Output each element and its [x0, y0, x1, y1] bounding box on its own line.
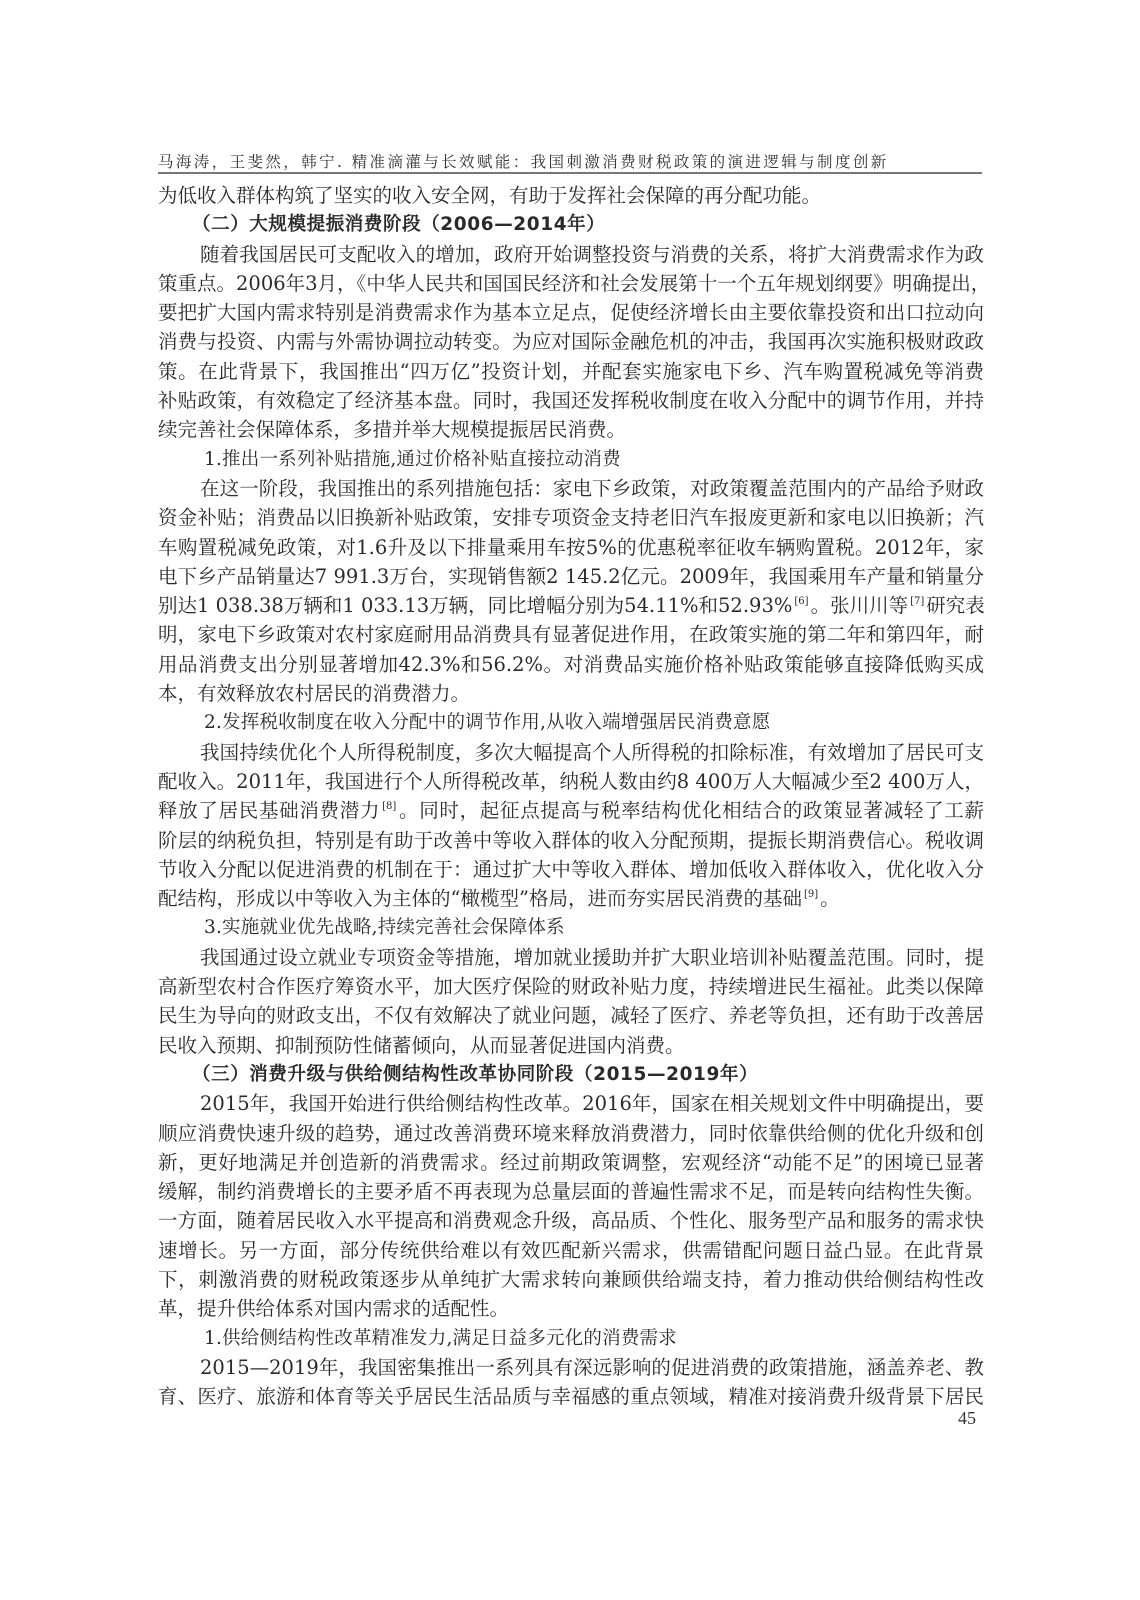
paragraph-line: 2015—2019年，我国密集推出一系列具有深远影响的促进消费的政策措施，涵盖养…	[158, 1353, 984, 1382]
paragraph-line: 在这一阶段，我国推出的系列措施包括：家电下乡政策，对政策覆盖范围内的产品给予财政	[158, 474, 984, 503]
line-text: 育、医疗、旅游和体育等关乎居民生活品质与幸福感的重点领域，精准对接消费升级背景下…	[158, 1385, 984, 1408]
line-text: 研究表	[926, 594, 985, 617]
subsection-heading: 1.供给侧结构性改革精准发力,满足日益多元化的消费需求	[158, 1324, 984, 1353]
line-text: 策。在此背景下，我国推出“四万亿”投资计划，并配套实施家电下乡、汽车购置税减免等…	[158, 360, 984, 383]
line-text: 策重点。2006年3月，《中华人民共和国国民经济和社会发展第十一个五年规划纲要》…	[158, 272, 990, 295]
line-text: 要把扩大国内需求特别是消费需求作为基本立足点，促使经济增长由主要依靠投资和出口拉…	[158, 301, 984, 324]
paragraph-line: 消费与投资、内需与外需协调拉动转变。为应对国际金融危机的冲击，我国再次实施积极财…	[158, 327, 984, 356]
paragraph-line: 阶层的纳税负担，特别是有助于改善中等收入群体的收入分配预期，提振长期消费信心。税…	[158, 826, 984, 855]
section-heading: （三）消费升级与供给侧结构性改革协同阶段（2015—2019年）	[158, 1060, 984, 1089]
paragraph-line: 策重点。2006年3月，《中华人民共和国国民经济和社会发展第十一个五年规划纲要》…	[158, 269, 984, 298]
line-text: 民生为导向的财政支出，不仅有效解决了就业问题，减轻了医疗、养老等负担，还有助于改…	[158, 1004, 984, 1027]
page-number: 45	[958, 1408, 976, 1429]
paragraph-line: 速增长。另一方面，部分传统供给难以有效匹配新兴需求，供需错配问题日益凸显。在此背…	[158, 1236, 984, 1265]
citation-ref[interactable]: [9]	[804, 889, 818, 900]
line-text: 1.供给侧结构性改革精准发力,满足日益多元化的消费需求	[204, 1328, 677, 1349]
paragraph-line: 释放了居民基础消费潜力[8]。同时，起征点提高与税率结构优化相结合的政策显著减轻…	[158, 796, 984, 825]
line-text: 节收入分配以促进消费的机制在于：通过扩大中等收入群体、增加低收入群体收入，优化收…	[158, 858, 984, 881]
citation-ref[interactable]: [6]	[794, 596, 808, 607]
section-heading: （二）大规模提振消费阶段（2006—2014年）	[158, 210, 984, 239]
line-text: 补贴政策，有效稳定了经济基本盘。同时，我国还发挥税收制度在收入分配中的调节作用，…	[158, 389, 984, 412]
line-text: 新，更好地满足并创造新的消费需求。经过前期政策调整，宏观经济“动能不足”的困境已…	[158, 1151, 984, 1174]
line-text: 配结构，形成以中等收入为主体的“橄榄型”格局，进而夯实居民消费的基础	[158, 887, 802, 910]
paragraph-line: 一方面，随着居民收入水平提高和消费观念升级，高品质、个性化、服务型产品和服务的需…	[158, 1206, 984, 1235]
subsection-heading: 2.发挥税收制度在收入分配中的调节作用,从收入端增强居民消费意愿	[158, 708, 984, 737]
paragraph-line: 民生为导向的财政支出，不仅有效解决了就业问题，减轻了医疗、养老等负担，还有助于改…	[158, 1001, 984, 1030]
line-text: 民收入预期、抑制预防性储蓄倾向，从而显著促进国内消费。	[158, 1034, 685, 1057]
line-text: 2015年，我国开始进行供给侧结构性改革。2016年，国家在相关规划文件中明确提…	[200, 1092, 984, 1115]
subsection-heading: 3.实施就业优先战略,持续完善社会保障体系	[158, 913, 984, 942]
line-text: 我国通过设立就业专项资金等措施，增加就业援助并扩大职业培训补贴覆盖范围。同时，提	[200, 946, 984, 969]
paragraph-line: 节收入分配以促进消费的机制在于：通过扩大中等收入群体、增加低收入群体收入，优化收…	[158, 855, 984, 884]
paragraph-line: 配结构，形成以中等收入为主体的“橄榄型”格局，进而夯实居民消费的基础[9]。	[158, 884, 984, 913]
line-text: 续完善社会保障体系，多措并举大规模提振居民消费。	[158, 418, 626, 441]
header-rule	[158, 172, 982, 174]
paragraph-line: 高新型农村合作医疗筹资水平，加大医疗保险的财政补贴力度，持续增进民生福祉。此类以…	[158, 972, 984, 1001]
paragraph-line: 要把扩大国内需求特别是消费需求作为基本立足点，促使经济增长由主要依靠投资和出口拉…	[158, 298, 984, 327]
line-text: 2015—2019年，我国密集推出一系列具有深远影响的促进消费的政策措施，涵盖养…	[200, 1356, 984, 1379]
paragraph-line: 新，更好地满足并创造新的消费需求。经过前期政策调整，宏观经济“动能不足”的困境已…	[158, 1148, 984, 1177]
line-text: 高新型农村合作医疗筹资水平，加大医疗保险的财政补贴力度，持续增进民生福祉。此类以…	[158, 975, 984, 998]
line-text: 电下乡产品销量达7 991.3万台，实现销售额2 145.2亿元。2009年，我…	[158, 565, 984, 588]
paragraph-line: 用品消费支出分别显著增加42.3%和56.2%。对消费品实施价格补贴政策能够直接…	[158, 650, 984, 679]
line-text: 2.发挥税收制度在收入分配中的调节作用,从收入端增强居民消费意愿	[204, 712, 770, 733]
subsection-heading: 1.推出一系列补贴措施,通过价格补贴直接拉动消费	[158, 445, 984, 474]
line-text: 车购置税减免政策，对1.6升及以下排量乘用车按5%的优惠税率征收车辆购置税。20…	[158, 536, 984, 559]
line-text: 3.实施就业优先战略,持续完善社会保障体系	[204, 917, 565, 938]
paragraph-line: 革，提升供给体系对国内需求的适配性。	[158, 1294, 984, 1323]
line-text: 阶层的纳税负担，特别是有助于改善中等收入群体的收入分配预期，提振长期消费信心。税…	[158, 829, 984, 852]
line-text: 我国持续优化个人所得税制度，多次大幅提高个人所得税的扣除标准，有效增加了居民可支	[200, 741, 984, 764]
paragraph-line: 民收入预期、抑制预防性储蓄倾向，从而显著促进国内消费。	[158, 1031, 984, 1060]
line-text: 顺应消费快速升级的趋势，通过改善消费环境来释放消费潜力，同时依靠供给侧的优化升级…	[158, 1122, 984, 1145]
paragraph-line: 明，家电下乡政策对农村家庭耐用品消费具有显著促进作用，在政策实施的第二年和第四年…	[158, 620, 984, 649]
paragraph-line: 我国通过设立就业专项资金等措施，增加就业援助并扩大职业培训补贴覆盖范围。同时，提	[158, 943, 984, 972]
paragraph-line: 补贴政策，有效稳定了经济基本盘。同时，我国还发挥税收制度在收入分配中的调节作用，…	[158, 386, 984, 415]
line-text: 革，提升供给体系对国内需求的适配性。	[158, 1297, 509, 1320]
line-text: 本，有效释放农村居民的消费潜力。	[158, 682, 470, 705]
citation-ref[interactable]: [8]	[382, 801, 396, 812]
line-text: 缓解，制约消费增长的主要矛盾不再表现为总量层面的普遍性需求不足，而是转向结构性失…	[158, 1180, 984, 1203]
line-text: 用品消费支出分别显著增加42.3%和56.2%。对消费品实施价格补贴政策能够直接…	[158, 653, 984, 676]
line-text: 释放了居民基础消费潜力	[158, 799, 380, 822]
line-text: 。张川川等	[811, 594, 909, 617]
paragraph-line: 随着我国居民可支配收入的增加，政府开始调整投资与消费的关系，将扩大消费需求作为政	[158, 240, 984, 269]
paragraph-line: 别达1 038.38万辆和1 033.13万辆，同比增幅分别为54.11%和52…	[158, 591, 984, 620]
line-text: 速增长。另一方面，部分传统供给难以有效匹配新兴需求，供需错配问题日益凸显。在此背…	[158, 1239, 984, 1262]
line-text: 。同时，起征点提高与税率结构优化相结合的政策显著减轻了工薪	[398, 799, 984, 822]
paragraph-line: 我国持续优化个人所得税制度，多次大幅提高个人所得税的扣除标准，有效增加了居民可支	[158, 738, 984, 767]
running-head: 马海涛，王斐然，韩宁. 精准滴灌与长效赋能：我国刺激消费财税政策的演进逻辑与制度…	[158, 150, 982, 172]
line-text: 资金补贴；消费品以旧换新补贴政策，安排专项资金支持老旧汽车报废更新和家电以旧换新…	[158, 506, 984, 529]
paragraph-line: 配收入。2011年，我国进行个人所得税改革，纳税人数由约8 400万人大幅减少至…	[158, 767, 984, 796]
paragraph-line: 下，刺激消费的财税政策逐步从单纯扩大需求转向兼顾供给端支持，着力推动供给侧结构性…	[158, 1265, 984, 1294]
line-text: （二）大规模提振消费阶段（2006—2014年）	[192, 214, 605, 235]
paragraph-line: 2015年，我国开始进行供给侧结构性改革。2016年，国家在相关规划文件中明确提…	[158, 1089, 984, 1118]
line-text: 配收入。2011年，我国进行个人所得税改革，纳税人数由约8 400万人大幅减少至…	[158, 770, 984, 793]
line-text: 随着我国居民可支配收入的增加，政府开始调整投资与消费的关系，将扩大消费需求作为政	[200, 243, 984, 266]
paragraph-line: 育、医疗、旅游和体育等关乎居民生活品质与幸福感的重点领域，精准对接消费升级背景下…	[158, 1382, 984, 1411]
line-text: 下，刺激消费的财税政策逐步从单纯扩大需求转向兼顾供给端支持，着力推动供给侧结构性…	[158, 1268, 984, 1291]
paragraph-line: 策。在此背景下，我国推出“四万亿”投资计划，并配套实施家电下乡、汽车购置税减免等…	[158, 357, 984, 386]
line-text: 在这一阶段，我国推出的系列措施包括：家电下乡政策，对政策覆盖范围内的产品给予财政	[200, 477, 984, 500]
line-text: 消费与投资、内需与外需协调拉动转变。为应对国际金融危机的冲击，我国再次实施积极财…	[158, 330, 984, 353]
line-text: 。	[820, 887, 840, 910]
paragraph-line: 缓解，制约消费增长的主要矛盾不再表现为总量层面的普遍性需求不足，而是转向结构性失…	[158, 1177, 984, 1206]
citation-ref[interactable]: [7]	[910, 596, 924, 607]
line-text: （三）消费升级与供给侧结构性改革协同阶段（2015—2019年）	[192, 1064, 758, 1085]
paragraph-line: 电下乡产品销量达7 991.3万台，实现销售额2 145.2亿元。2009年，我…	[158, 562, 984, 591]
line-text: 1.推出一系列补贴措施,通过价格补贴直接拉动消费	[204, 449, 621, 470]
line-text: 一方面，随着居民收入水平提高和消费观念升级，高品质、个性化、服务型产品和服务的需…	[158, 1209, 984, 1232]
article-body: 为低收入群体构筑了坚实的收入安全网，有助于发挥社会保障的再分配功能。（二）大规模…	[158, 181, 984, 1411]
paragraph-line: 为低收入群体构筑了坚实的收入安全网，有助于发挥社会保障的再分配功能。	[158, 181, 984, 210]
line-text: 为低收入群体构筑了坚实的收入安全网，有助于发挥社会保障的再分配功能。	[158, 184, 821, 207]
paragraph-line: 顺应消费快速升级的趋势，通过改善消费环境来释放消费潜力，同时依靠供给侧的优化升级…	[158, 1119, 984, 1148]
line-text: 别达1 038.38万辆和1 033.13万辆，同比增幅分别为54.11%和52…	[158, 594, 792, 617]
paragraph-line: 续完善社会保障体系，多措并举大规模提振居民消费。	[158, 415, 984, 444]
paragraph-line: 车购置税减免政策，对1.6升及以下排量乘用车按5%的优惠税率征收车辆购置税。20…	[158, 533, 984, 562]
paragraph-line: 资金补贴；消费品以旧换新补贴政策，安排专项资金支持老旧汽车报废更新和家电以旧换新…	[158, 503, 984, 532]
paragraph-line: 本，有效释放农村居民的消费潜力。	[158, 679, 984, 708]
line-text: 明，家电下乡政策对农村家庭耐用品消费具有显著促进作用，在政策实施的第二年和第四年…	[158, 623, 984, 646]
